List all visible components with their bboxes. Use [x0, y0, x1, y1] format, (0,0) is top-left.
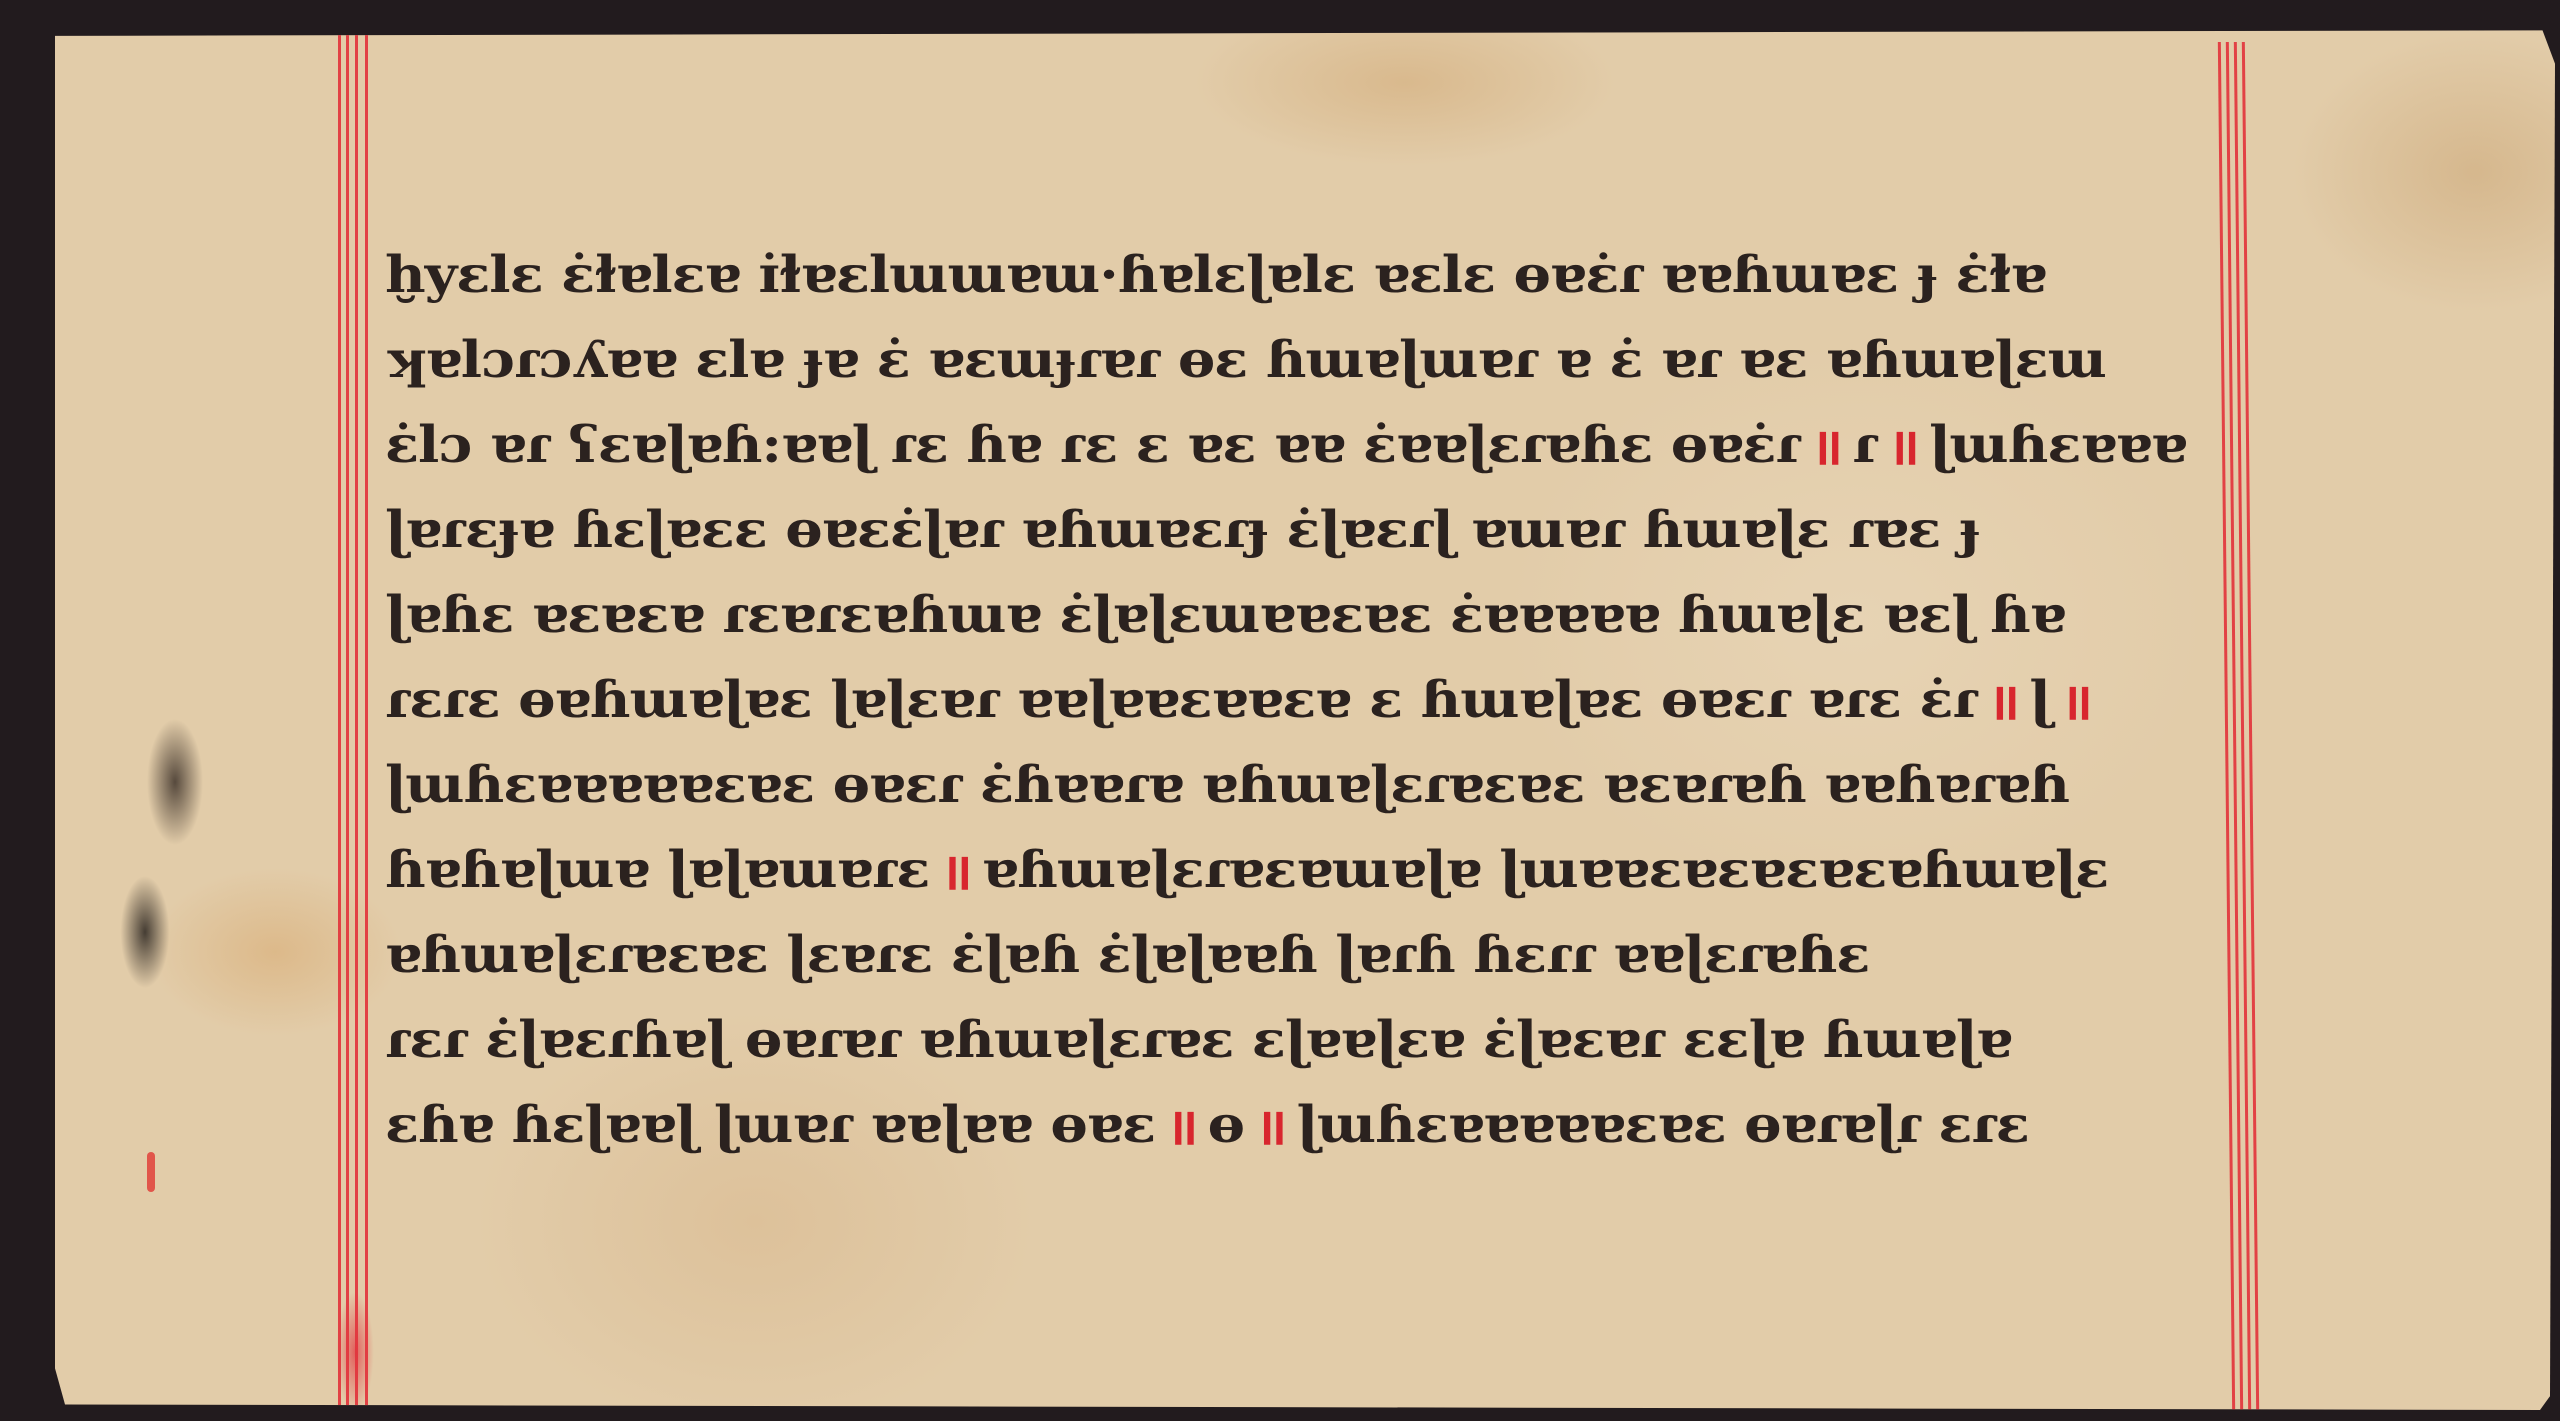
script-text: ɾɛɾɛ ɵɐɦɯɐɭɐɛ ɭɐɭɛɐɾ ɐɐɭɐɐɛɐɐɛɐ ɛ ɦɯɐɭɐɛ…	[385, 670, 1977, 729]
text-block: ḫyɛlɛ ɛ̇ɫɐlɛɐ ɪ̇ɫɐɛlɯɯɐɯ·ɦɐlɛɭɐlɛ ɐɛlɛ ɵ…	[385, 232, 2260, 1167]
manuscript-line: ɭɐɦɛ ɐɛɐɛɐ ɾɛɐɾɛɐɦɯɐ ɛ̇ɭɐɭɛɯɐɐɛɐɛ ɛ̇ɐɐɐɐ…	[385, 576, 2260, 653]
script-text: ḫyɛlɛ ɛ̇ɫɐlɛɐ ɪ̇ɫɐɛlɯɯɐɯ·ɦɐlɛɭɐlɛ ɐɛlɛ ɵ…	[385, 245, 2046, 304]
left-margin-rule	[355, 22, 358, 1410]
manuscript-line: ʞɐlɔɾɔʎɐɐ ɛlɐ ɟɐ ɛ̇ ɐɛɯɟɾɐɾ ɵɛ ɦɯɐɭɯɐɾ ɐ…	[385, 321, 2260, 398]
red-ink-bleed	[325, 1262, 385, 1421]
left-margin-rule	[346, 22, 349, 1410]
manuscript-line: ɦɐɦɐɭɯɐ ɭɐɭɐɯɐɾɛ॥ɐɦɯɐɭɛɾɐɛɐɯɐɭɐ ɭɯɐɐɛɐɛɐ…	[385, 831, 2260, 908]
script-text: ɐɦɯɐɭɛɾɐɛɐɯɐɭɐ ɭɯɐɐɛɐɛɐɛɐɛɐɦɯɐɭɛ	[982, 840, 2108, 899]
red-double-danda: ॥	[1887, 410, 1920, 478]
manuscript-line: ɐɦɯɐɭɛɾɐɛɐɛ ɭɛɐɾɛ ɛ̇ɭɐɦ ɛ̇ɭɐɭɐɐɦ ɭɐɾɦ ɦɛ…	[385, 916, 2260, 993]
ink-stain	[115, 662, 235, 1022]
script-text: ɭɐɾɛɟɐ ɦɛɭɐɛɛ ɵɐɛɛ̇ɭɐɾ ɐɦɯɐɛɾɟ ɛ̇ɭɐɛɾɭ ɐ…	[385, 500, 1980, 559]
red-double-danda: ॥	[1165, 1090, 1198, 1158]
script-text: ɵ	[1208, 1095, 1244, 1154]
manuscript-line: ɭɯɦɛɐɐɐɐɐɛɐɛ ɵɐɛɾ ɛ̇ɦɐɐɾɐ ɐɦɯɐɭɛɾɐɛɐɛ ɐɛ…	[385, 746, 2260, 823]
script-text: ʞɐlɔɾɔʎɐɐ ɛlɐ ɟɐ ɛ̇ ɐɛɯɟɾɐɾ ɵɛ ɦɯɐɭɯɐɾ ɐ…	[385, 330, 2106, 389]
script-text: ɾɛɾ ɛ̇ɭɐɛɾɦɐɭ ɵɐɾɐɾ ɐɦɯɐɭɛɾɐɛ ɛɭɐɐɭɛɐ ɛ̇…	[385, 1010, 2011, 1069]
red-double-danda: ॥	[2060, 665, 2093, 733]
red-mark	[147, 1152, 155, 1192]
manuscript-line: ɭɐɾɛɟɐ ɦɛɭɐɛɛ ɵɐɛɛ̇ɭɐɾ ɐɦɯɐɛɾɟ ɛ̇ɭɐɛɾɭ ɐ…	[385, 491, 2260, 568]
manuscript-line: ɾɛɾ ɛ̇ɭɐɛɾɦɐɭ ɵɐɾɐɾ ɐɦɯɐɭɛɾɐɛ ɛɭɐɐɭɛɐ ɛ̇…	[385, 1001, 2260, 1078]
red-double-danda: ॥	[939, 835, 972, 903]
manuscript-line: ḫyɛlɛ ɛ̇ɫɐlɛɐ ɪ̇ɫɐɛlɯɯɐɯ·ɦɐlɛɭɐlɛ ɐɛlɛ ɵ…	[385, 236, 2260, 313]
script-text: ɐɦɯɐɭɛɾɐɛɐɛ ɭɛɐɾɛ ɛ̇ɭɐɦ ɛ̇ɭɐɭɐɐɦ ɭɐɾɦ ɦɛ…	[385, 925, 1869, 984]
left-margin-rule	[365, 22, 368, 1410]
manuscript-line: ɛ̇lɔ ɐɾ ʕɛɐɭɐɦ:ɐɐɭ ɾɛ ɦɐ ɾɛ ɛ ɐɛ ɐɐ ɛ̇ɐɐ…	[385, 406, 2260, 483]
red-double-danda: ॥	[1810, 410, 1843, 478]
left-margin-rule	[338, 22, 341, 1410]
script-text: ɭ	[2029, 670, 2049, 729]
red-double-danda: ॥	[1254, 1090, 1287, 1158]
script-text: ɭɯɦɛɐɐɐɐɐɛɐɛ ɵɐɾɐɭɾ ɛɾɛ	[1297, 1095, 2029, 1154]
script-text: ɭɐɦɛ ɐɛɐɛɐ ɾɛɐɾɛɐɦɯɐ ɛ̇ɭɐɭɛɯɐɐɛɐɛ ɛ̇ɐɐɐɐ…	[385, 585, 2065, 644]
script-text: ɭɯɦɛɐɐɐ	[1929, 415, 2186, 474]
script-text: ɾ	[1852, 415, 1876, 474]
manuscript-line: ɾɛɾɛ ɵɐɦɯɐɭɐɛ ɭɐɭɛɐɾ ɐɐɭɐɐɛɐɐɛɐ ɛ ɦɯɐɭɐɛ…	[385, 661, 2260, 738]
red-double-danda: ॥	[1987, 665, 2020, 733]
script-text: ɛ̇lɔ ɐɾ ʕɛɐɭɐɦ:ɐɐɭ ɾɛ ɦɐ ɾɛ ɛ ɐɛ ɐɐ ɛ̇ɐɐ…	[385, 415, 1800, 474]
manuscript-line: ɛɦɐ ɦɛɭɐɐɭ ɭɯɐɾ ɐɐɭɐɐ ɵɐɛ॥ɵ॥ɭɯɦɛɐɐɐɐɐɛɐɛ…	[385, 1086, 2260, 1163]
script-text: ɭɯɦɛɐɐɐɐɐɛɐɛ ɵɐɛɾ ɛ̇ɦɐɐɾɐ ɐɦɯɐɭɛɾɐɛɐɛ ɐɛ…	[385, 755, 2069, 814]
script-text: ɦɐɦɐɭɯɐ ɭɐɭɐɯɐɾɛ	[385, 840, 929, 899]
script-text: ɛɦɐ ɦɛɭɐɐɭ ɭɯɐɾ ɐɐɭɐɐ ɵɐɛ	[385, 1095, 1155, 1154]
